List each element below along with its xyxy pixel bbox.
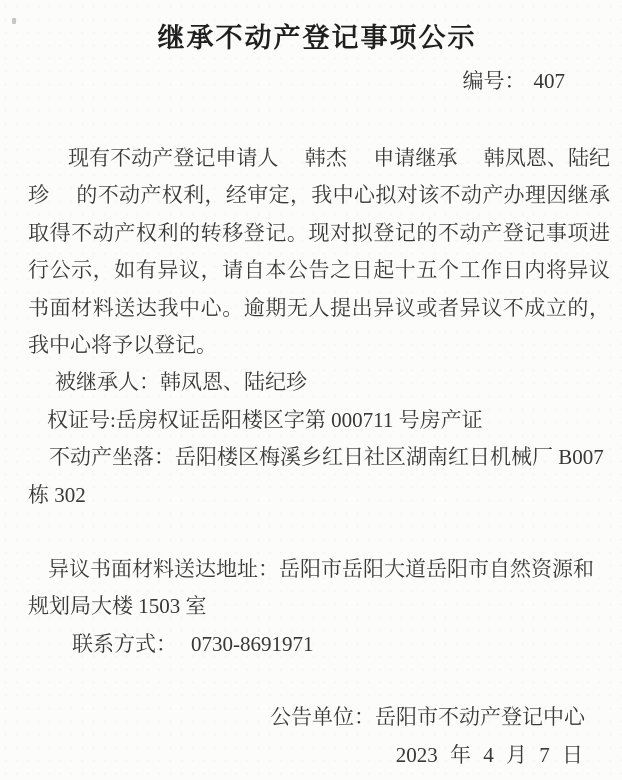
objection-address-line: 异议书面材料送达地址：岳阳市岳阳大道岳阳市自然资源和规划局大楼 1503 室	[28, 551, 620, 626]
decedent-line: 被继承人：韩凤恩、陆纪珍	[28, 364, 620, 401]
intro-paragraph: 现有不动产登记申请人 韩杰 申请继承 韩凤恩、陆纪珍 的不动产权利，经审定，我中…	[28, 140, 620, 364]
decedent-value: 韩凤恩、陆纪珍	[160, 370, 307, 394]
notice-title: 继承不动产登记事项公示	[28, 22, 620, 54]
decedent-label: 被继承人：	[55, 370, 160, 394]
certificate-number-line: 权证号:岳房权证岳阳楼区字第 000711 号房产证	[28, 402, 620, 439]
document-page: 继承不动产登记事项公示 编号：407 现有不动产登记申请人 韩杰 申请继承 韩凤…	[0, 0, 622, 780]
contact-label: 联系方式：	[72, 632, 177, 656]
certificate-number-value: 岳房权证岳阳楼区字第 000711 号房产证	[116, 408, 483, 432]
certificate-number-label: 权证号:	[47, 408, 116, 432]
contact-line: 联系方式：0730-8691971	[28, 626, 620, 663]
objection-address-label: 异议书面材料送达地址：	[48, 557, 279, 581]
issuer-label: 公告单位：	[270, 705, 375, 729]
scan-speck	[12, 18, 16, 24]
doc-number-line: 编号：407	[28, 68, 620, 94]
contact-value: 0730-8691971	[191, 632, 314, 656]
property-location-line: 不动产坐落：岳阳楼区梅溪乡红日社区湖南红日机械厂 B007 栋 302	[28, 439, 620, 514]
issuer-line: 公告单位：岳阳市不动产登记中心	[28, 699, 620, 736]
property-location-label: 不动产坐落：	[49, 445, 175, 469]
issuer-value: 岳阳市不动产登记中心	[375, 705, 585, 729]
date-line: 2023 年 4 月 7 日	[28, 737, 620, 774]
doc-number-label: 编号：	[463, 69, 526, 93]
doc-number-value: 407	[534, 69, 566, 93]
